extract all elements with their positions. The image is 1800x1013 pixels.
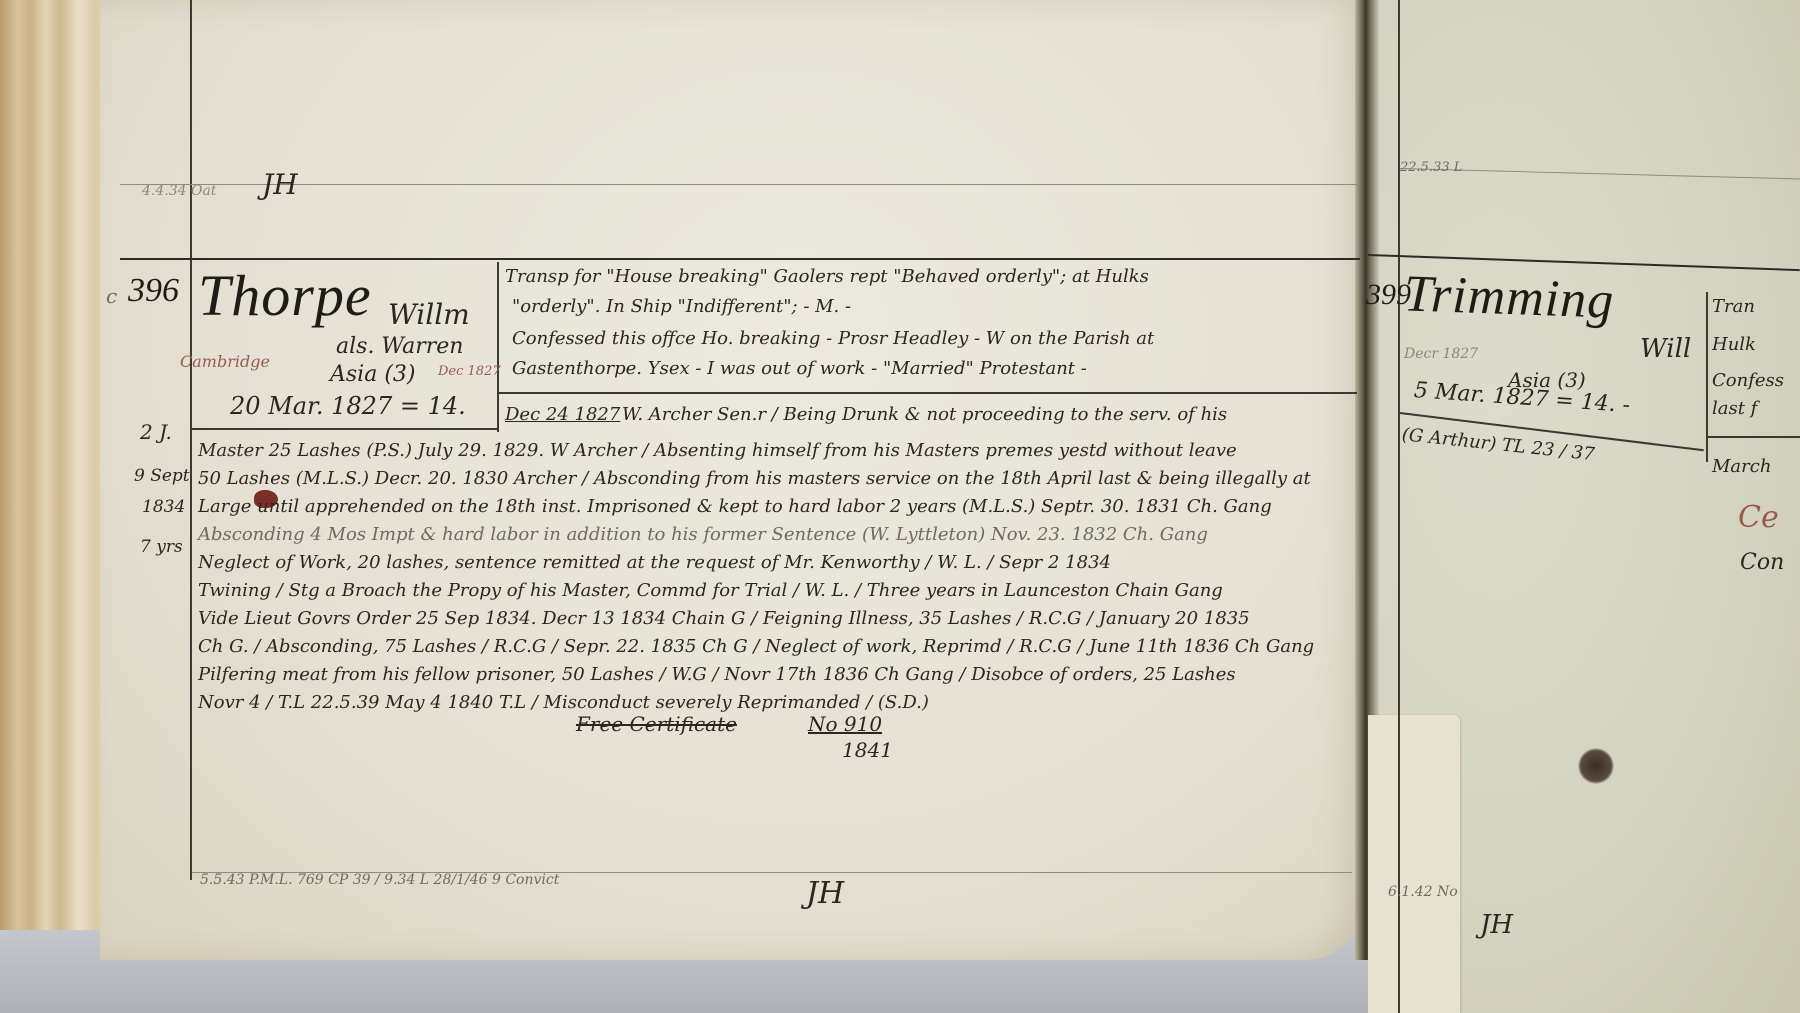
right-description-fragment: Hulk [1712,334,1756,356]
description-line: Gastenthorpe. Ysex - I was out of work -… [512,358,1087,380]
ship-name: Asia (3) [330,362,416,387]
convict-alias: als. Warren [336,334,463,359]
right-margin-rule [1398,0,1400,1013]
certificate-number: No 910 [808,712,882,736]
record-line: Absconding 4 Mos Impt & hard labor in ad… [198,524,1208,546]
record-line: 50 Lashes (M.L.S.) Decr. 20. 1830 Archer… [198,468,1311,490]
ruled-line-top [120,184,1360,185]
record-line: Ch G. / Absconding, 75 Lashes / R.C.G / … [198,636,1314,658]
margin-mark: 1834 [142,497,185,517]
entry-top-rule [120,258,1360,260]
right-description-rule [1706,436,1800,438]
certificate-year: 1841 [842,738,893,762]
margin-mark: 2 J. [140,420,172,444]
record-line: Master 25 Lashes (P.S.) July 29. 1829. W… [198,440,1237,462]
first-offence-date: Dec 24 1827 [505,404,620,426]
record-line: Pilfering meat from his fellow prisoner,… [198,664,1236,686]
ship-red-note: Dec 1827 [438,364,501,379]
name-box-bottom-rule [192,428,497,430]
right-bottom-mark: JH [1480,910,1513,940]
bottom-margin-notes: 5.5.43 P.M.L. 769 CP 39 / 9.34 L 28/1/46… [200,872,559,888]
right-description-fragment: Tran [1712,296,1755,318]
convict-forename: Willm [388,298,470,331]
description-line: "orderly". In Ship "Indifferent"; - M. - [512,296,851,318]
bottom-signature: JH [806,876,844,911]
page-tab-strip [1368,715,1460,1013]
description-rule [497,392,1357,394]
right-red-fragment: Ce [1738,500,1779,535]
right-pencil-note: Decr 1827 [1404,346,1478,362]
margin-prefix-mark: c [106,284,117,308]
margin-place-red: Cambridge [180,352,270,371]
margin-mark: 9 Sept [134,466,190,486]
arrival-date: 20 Mar. 1827 = 14. [230,392,466,420]
right-offence-fragment: March [1712,456,1771,478]
free-certificate: Free Certificate [576,712,737,736]
right-top-margin-note: 22.5.33 L [1400,160,1462,175]
first-offence-text: W. Archer Sen.r / Being Drunk & not proc… [622,404,1227,426]
entry-number: 396 [128,272,179,310]
margin-mark: 7 yrs [140,537,183,557]
description-line: Confessed this offce Ho. breaking - Pros… [512,328,1154,350]
right-convict-surname: Trimming [1403,264,1615,330]
name-column-rule [497,262,499,432]
record-line: Vide Lieut Govrs Order 25 Sep 1834. Decr… [198,608,1250,630]
right-description-fragment: Confess [1712,370,1784,392]
description-line: Transp for "House breaking" Gaolers rept… [505,266,1149,288]
top-margin-initials: JH [262,168,298,201]
margin-rule [190,0,192,880]
right-lower-fragment: Con [1740,550,1784,575]
right-description-fragment: last f [1712,398,1757,420]
right-convict-forename: Will [1640,334,1691,364]
convict-surname: Thorpe [198,262,372,329]
ink-blot [1578,748,1614,784]
record-line: Novr 4 / T.L 22.5.39 May 4 1840 T.L / Mi… [198,692,929,714]
record-line: Neglect of Work, 20 lashes, sentence rem… [198,552,1111,574]
record-line: Twining / Stg a Broach the Propy of his … [198,580,1223,602]
record-line: Large until apprehended on the 18th inst… [198,496,1272,518]
right-bottom-note: 6.1.42 No [1388,884,1458,900]
top-margin-note: 4.4.34 Oat [142,180,216,202]
